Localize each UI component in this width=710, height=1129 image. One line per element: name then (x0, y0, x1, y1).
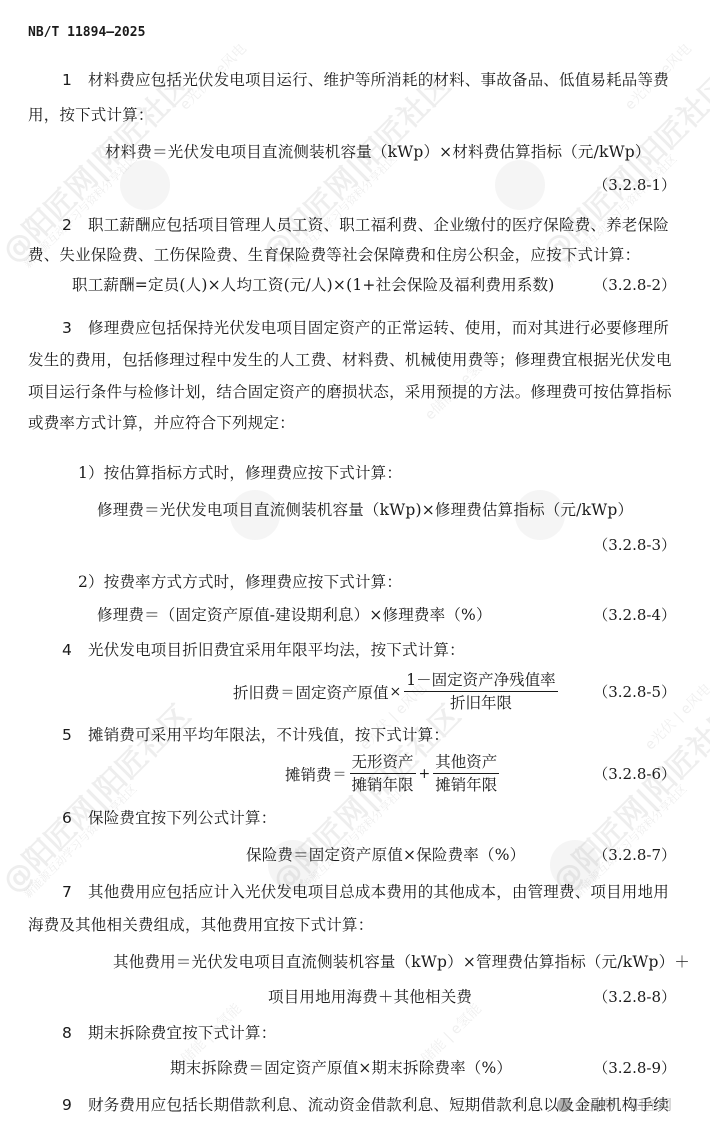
fraction: 1－固定资产净残值率 折旧年限 (404, 670, 557, 713)
wechat-icon (557, 1098, 571, 1112)
equation-number-3: （3.2.8-3） (593, 535, 676, 555)
item-number: 4 (62, 640, 88, 660)
item-3-line3: 项目运行条件与检修计划，结合固定资产的磨损状态，采用预提的方法。修理费可按估算指… (28, 382, 672, 402)
sub-item-1-label: 1）按估算指标方式时，修理费应按下式计算： (78, 463, 402, 483)
equation-number-7: （3.2.8-7） (593, 845, 676, 865)
formula-3-2-8-6: 摊销费 ＝ 无形资产 摊销年限 + 其他资产 摊销年限 (285, 752, 501, 795)
watermark-brand: @阳匠网|阳匠社区 (0, 63, 199, 272)
equation-number-1: （3.2.8-1） (593, 175, 676, 195)
formula-3-2-8-7: 保险费＝固定资产原值×保险费率（%） (246, 845, 525, 865)
watermark-logo-icon (120, 160, 170, 210)
item-5-line1: 5摊销费可采用平均年限法，不计残值，按下式计算： (62, 725, 449, 745)
equation-number-8: （3.2.8-8） (593, 987, 676, 1007)
item-4-line1: 4光伏发电项目折旧费宜采用年限平均法，按下式计算： (62, 640, 465, 660)
watermark-brand: @阳匠网|阳匠社区 (260, 693, 469, 902)
item-8-line1: 8期末拆除费宜按下式计算： (62, 1023, 276, 1043)
equation-number-5: （3.2.8-5） (593, 682, 676, 702)
watermark-brand: @阳匠网|阳匠社区 (250, 63, 459, 272)
fraction: 无形资产 摊销年限 (350, 752, 416, 795)
standard-id-header: NB/T 11894—2025 (28, 23, 145, 43)
item-2-line2: 费、失业保险费、工伤保险费、生育保险费等社会保障费和住房公积金，应按下式计算： (28, 245, 640, 265)
item-3-line2: 发生的费用，包括修理过程中发生的人工费、材料费、机械使用费等；修理费宜根据光伏发… (28, 350, 672, 370)
item-number: 2 (62, 215, 88, 235)
equation-number-2: （3.2.8-2） (593, 275, 676, 295)
wechat-account-watermark: 公众号 · 阳匠网 (557, 1095, 672, 1115)
item-7-line2: 海费及其他相关费组成，其他费用宜按下式计算： (28, 915, 373, 935)
item-3-line1: 3修理费应包括保持光伏发电项目固定资产的正常运转、使用，而对其进行必要修理所 (62, 318, 669, 338)
item-number: 5 (62, 725, 88, 745)
item-6-line1: 6保险费宜按下列公式计算： (62, 808, 276, 828)
item-1-line2: 用，按下式计算： (28, 105, 154, 125)
formula-3-2-8-9: 期末拆除费＝固定资产原值×期末拆除费率（%） (170, 1058, 512, 1078)
equation-number-6: （3.2.8-6） (593, 764, 676, 784)
formula-3-2-8-8-line1: 其他费用＝光伏发电项目直流侧装机容量（kWp）×管理费估算指标（元/kWp）＋ (113, 952, 690, 972)
item-number: 8 (62, 1023, 88, 1043)
item-1-line1: 1材料费应包括光伏发电项目运行、维护等所消耗的材料、事故备品、低值易耗品等费 (62, 70, 669, 90)
watermark-brand: @阳匠网|阳匠社区 (530, 63, 710, 272)
formula-3-2-8-8-line2: 项目用地用海费＋其他相关费 (268, 987, 472, 1007)
watermark-brand: @阳匠网|阳匠社区 (0, 693, 199, 902)
document-page: @阳匠网|阳匠社区 新能源互动学习与资料分享社区 @阳匠网|阳匠社区 新能源互动… (0, 0, 710, 1129)
item-number: 3 (62, 318, 88, 338)
item-number: 6 (62, 808, 88, 828)
formula-3-2-8-3: 修理费＝光伏发电项目直流侧装机容量（kWp)×修理费估算指标（元/kWp） (97, 500, 633, 520)
item-3-line4: 或费率方式计算，并应符合下列规定： (28, 413, 295, 433)
item-2-line1: 2职工薪酬应包括项目管理人员工资、职工福利费、企业缴付的医疗保险费、养老保险 (62, 215, 669, 235)
item-7-line1: 7其他费用应包括应计入光伏发电项目总成本费用的其他成本，由管理费、项目用地用 (62, 882, 669, 902)
item-number: 7 (62, 882, 88, 902)
formula-3-2-8-1: 材料费＝光伏发电项目直流侧装机容量（kWp）×材料费估算指标（元/kWp） (105, 142, 651, 162)
equation-number-9: （3.2.8-9） (593, 1058, 676, 1078)
sub-item-2-label: 2）按费率方式方式时，修理费应按下式计算： (78, 572, 402, 592)
item-number: 9 (62, 1095, 88, 1115)
fraction: 其他资产 摊销年限 (433, 752, 499, 795)
equation-number-4: （3.2.8-4） (593, 605, 676, 625)
watermark-brand: @阳匠网|阳匠社区 (540, 693, 710, 902)
formula-3-2-8-2: 职工薪酬=定员(人)×人均工资(元/人)×(1+社会保险及福利费用系数) (72, 275, 555, 295)
formula-3-2-8-5: 折旧费 ＝ 固定资产原值 × 1－固定资产净残值率 折旧年限 (233, 670, 560, 713)
watermark-logo-icon (495, 160, 545, 210)
formula-3-2-8-4: 修理费＝（固定资产原值-建设期利息）×修理费率（%） (97, 605, 492, 625)
item-number: 1 (62, 70, 88, 90)
